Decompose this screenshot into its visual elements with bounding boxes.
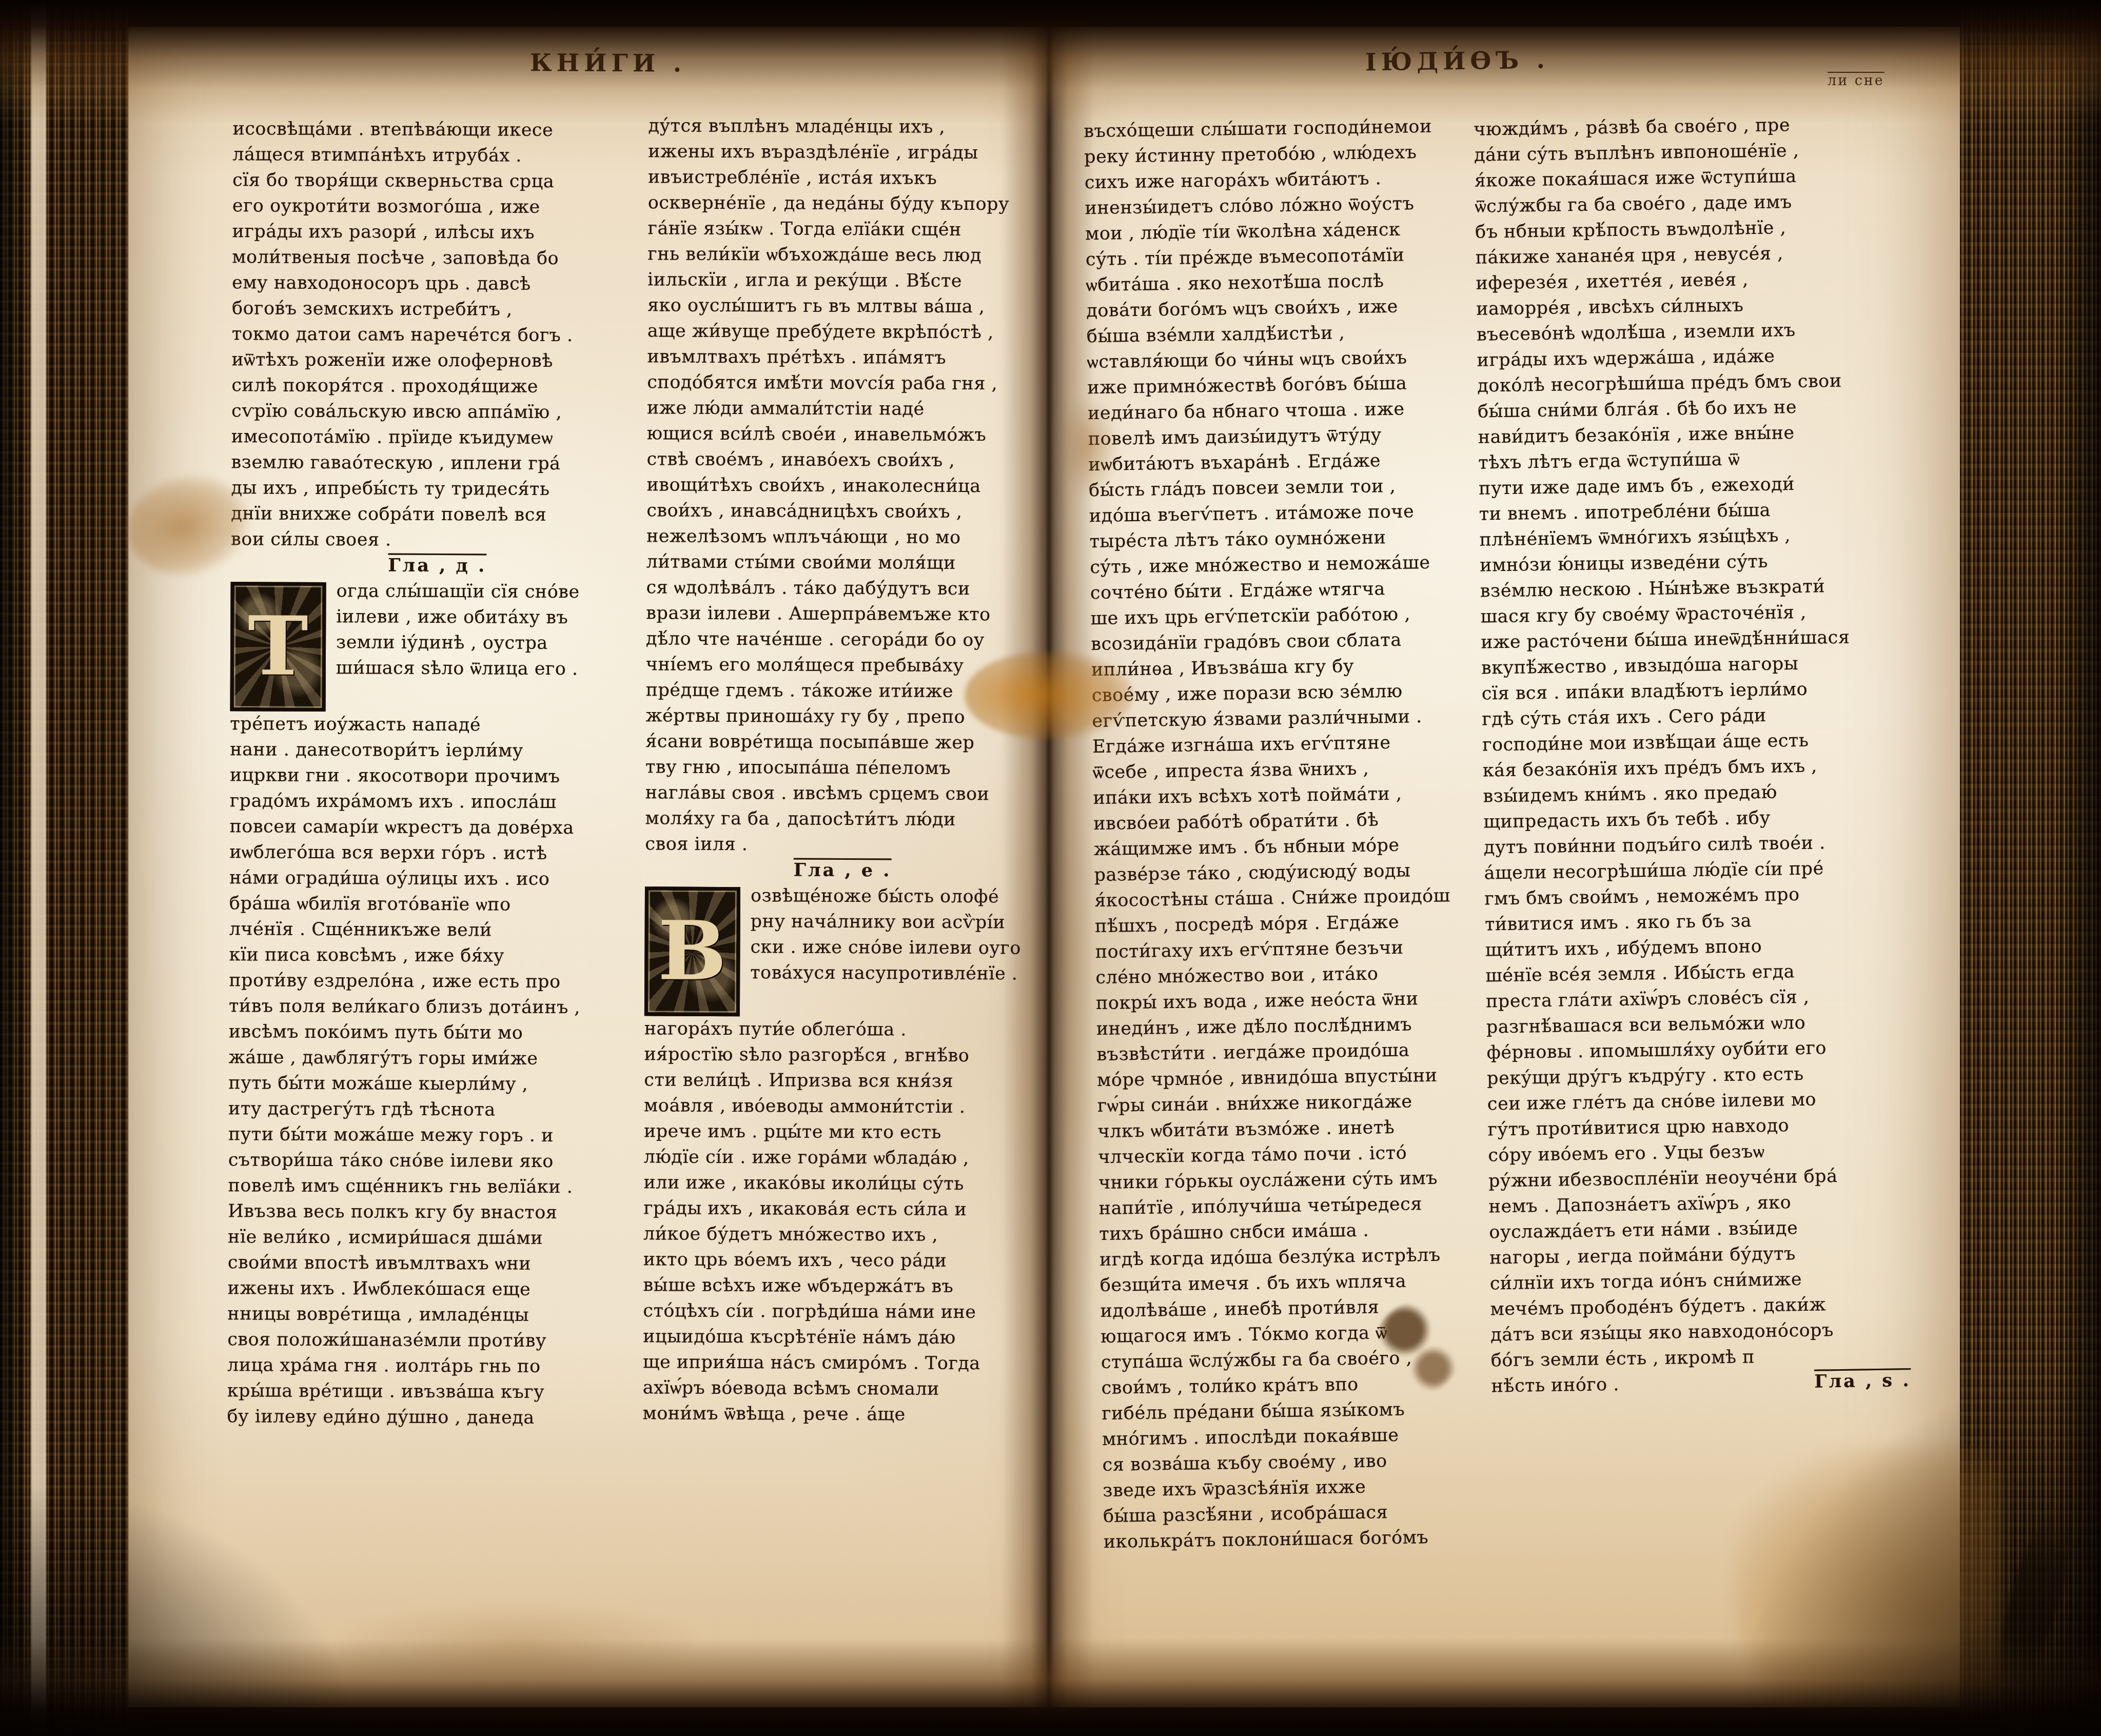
chapter-first-lines: озвѣще́ноже бы́сть олофе́рну нача́лнику … [750, 883, 1021, 1017]
text-line: вы́ше всѣхъ иже ѡбъдержа́тъ въ [643, 1272, 1038, 1299]
ornamental-initial-Т: Т [230, 582, 326, 712]
chapter-heading: Гла , д . [231, 552, 644, 580]
text-line: ющися вси́лѣ свое́и , инавельмо́жъ [647, 421, 1042, 448]
fore-edge-right [1958, 0, 2101, 1736]
chapter-opening: Тогда слы́шащїи сїя сно́веіилеви , иже о… [230, 578, 644, 713]
text-line: его оукроти́ти возмого́ша , иже [232, 193, 645, 221]
text-line: ли́твами сты́ми свои́ми моля́щи [646, 549, 1042, 576]
text-line: пре́дще гдемъ . та́коже ити́иже [646, 677, 1041, 704]
text-column-1: исосвѣща́ми . втепѣва́ющи икесела́щеся в… [227, 116, 645, 1431]
text-line: моли́твеныя посѣче , заповѣда бо [232, 244, 645, 272]
text-line: оскверне́нїе , да неда́ны бу́ду къпору [648, 190, 1043, 217]
text-line: су́ть , иже мно́жество и неможа́ше [1090, 549, 1474, 580]
text-line: инензы́идетъ сло́во ло́жно ѿоу́стъ [1085, 190, 1469, 221]
text-line: сѵрїю сова́льскую ивсю аппа́мїю , [231, 398, 644, 426]
text-line: на́ми огради́ша оу́лицы ихъ . исо [229, 865, 642, 893]
text-column-4: чюжди́мъ , ра́звѣ ба свое́го , преда́ни … [1474, 111, 1911, 1399]
text-line: силѣ покоря́тся . проходя́щиже [231, 372, 644, 400]
text-line: ли́кое бу́детъ мно́жество ихъ , [643, 1221, 1038, 1248]
text-line: врази іилеви . Ашерпра́вемъже кто [646, 600, 1041, 627]
text-line: аще жи́вуще пребу́дете вкрѣпо́стѣ , [647, 318, 1043, 345]
text-line: чники го́рькы оусла́жени су́ть имъ [1098, 1165, 1483, 1196]
text-line: пути бы́ти можа́ше межу горъ . и [228, 1121, 641, 1149]
initial-letter: Т [234, 585, 323, 708]
text-line: ду́тся въплѣнъ младе́нцы ихъ , [648, 113, 1043, 140]
text-line: исосвѣща́ми . втепѣва́ющи икесе [232, 116, 645, 144]
text-column-3: въсхо́щеши слы́шати господи́немоиреку и́… [1084, 113, 1487, 1555]
text-line: иколькра́тъ поклони́шася бого́мъ [1103, 1524, 1487, 1555]
text-line: ицркви гни . якосотвори прочимъ [230, 762, 643, 790]
text-line: ствѣ свое́мъ , инаво́ехъ свои́хъ , [647, 446, 1042, 474]
text-line: га́нїе язы́кѡ . Тогда елїа́ки сще́н [647, 215, 1043, 243]
text-line: нѣ́сть ино́го . [1491, 1372, 1619, 1399]
text-line: иѡблего́ша вся верхи го́ръ . истѣ [229, 839, 642, 867]
text-line: сти вели́цѣ . Ипризва вся кня́зя [644, 1067, 1039, 1094]
text-line: иже лю́ди аммали́тстіи наде́ [647, 395, 1042, 422]
text-line: ла́щеся втимпа́нѣхъ итруба́х . [232, 142, 645, 169]
book-photo: КНИ́ГИ . ІЮ́ДИ́ѲЪ . ли сне исосвѣща́ми .… [0, 0, 2101, 1736]
text-line: ды ихъ , ипребы́сть ту тридеся́ть [231, 475, 644, 503]
text-line: жа́ше , даѡблягу́тъ горы ими́же [228, 1044, 641, 1072]
running-head-left: КНИ́ГИ . [480, 49, 736, 78]
text-line: ивъмлтвахъ пре́тѣхъ . ипа́мятъ [647, 344, 1042, 371]
chapter-opening: Возвѣще́ноже бы́сть олофе́рну нача́лнику… [644, 882, 1040, 1017]
text-line: гра́ды ихъ , икакова́я есть си́ла и [643, 1195, 1038, 1222]
text-line: тре́петъ иоу́жасть нападе́ [230, 711, 643, 739]
text-line: Ивъзва весь полкъ кгу бу внастоя [228, 1198, 641, 1226]
text-line: бра́ша ѡбилїя вгото́ванїе ѡпо [229, 891, 642, 918]
text-line: сътвори́ша та́ко сно́ве іилеви яко [228, 1147, 641, 1175]
text-line: свои́ми впостѣ ивъмлтвахъ ѡни [228, 1250, 641, 1277]
text-line: кїи писа ковсѣмъ , иже бя́ху [229, 942, 642, 970]
text-line: егѵ́петскую я́звами разли́чными . [1092, 703, 1476, 734]
text-line: лче́нїя . Сще́нникъже вели́ [229, 916, 642, 944]
text-line: ему навходоносоръ црь . давсѣ [232, 270, 645, 298]
text-line: озвѣще́ноже бы́сть олофе́ [751, 883, 1022, 910]
chapter-heading: Гла , е . [645, 857, 1040, 884]
text-line: рну нача́лнику вои асѷрі́и [751, 909, 1022, 935]
text-line: іилеви , иже обита́ху въ [336, 604, 579, 630]
text-line: иѿтѣхъ роженїи иже олоферновѣ [231, 347, 644, 374]
text-line: ивсѣмъ поко́имъ путь бы́ти мо [229, 1019, 642, 1047]
text-line: нежелѣзомъ ѡплъча́ющи , но мо [646, 523, 1042, 550]
text-line: ия́ростїю ѕѣло разгорѣ́ся , вгнѣ́во [644, 1041, 1039, 1069]
text-line: повелѣ имъ сще́нникъ гнь велїа́ки . [228, 1173, 641, 1200]
ornamental-initial-В: В [644, 886, 740, 1016]
text-line: това́хуся насупротивле́нїе . [750, 960, 1021, 987]
text-line: ски . иже сно́ве іилеви оуго [750, 934, 1021, 961]
text-line: иту дастрегу́тъ гдѣ тѣснота [228, 1096, 641, 1123]
text-line: земли іу́динѣ , оустра [336, 629, 579, 656]
chapter-first-lines: огда слы́шащїи сїя сно́веіилеви , иже об… [336, 578, 580, 713]
text-line: проти́ву ездрело́на , иже есть про [229, 968, 642, 995]
text-line: нїе вели́ко , исмири́шася дша́ми [228, 1224, 641, 1252]
folio-mark: ли сне [1828, 73, 1884, 89]
text-line: токмо датои самъ нарече́тся богъ . [232, 321, 645, 349]
text-line: моа́вля , иво́еводы аммони́тстіи . [644, 1093, 1039, 1120]
text-line: лица хра́ма гня . иолта́рь гнь по [227, 1352, 640, 1380]
text-line: реку и́стинну претобо́ю , ѡлю́дехъ [1084, 139, 1468, 170]
text-line: дѣ́ло чте наче́нше . сегора́ди бо оу [646, 626, 1041, 653]
text-line: повсеи самарі́и ѡкрестъ да дове́рха [229, 814, 642, 841]
text-line: или иже , икако́вы иколи́цы су́ть [643, 1170, 1038, 1197]
text-line: ся ѡдолѣва́лъ . та́ко дабу́дутъ вси [646, 575, 1041, 602]
text-line: сто́цѣхъ сі́и . погрѣди́ша на́ми ине [643, 1298, 1038, 1325]
text-line: мони́мъ ѿвѣща , рече . а́ще [642, 1400, 1037, 1428]
text-line: градо́мъ ихра́момъ ихъ . ипосла́ш [230, 788, 643, 816]
text-line: нани . данесотвори́тъ іерли́му [230, 737, 643, 764]
initial-letter: В [648, 890, 737, 1013]
text-line: ивощи́тѣхъ свои́хъ , инаколесни́ца [646, 472, 1042, 499]
text-line: вои си́лы своея . [231, 526, 644, 554]
text-line: ще иприя́ша на́съ смиро́мъ . Тогда [643, 1349, 1038, 1376]
text-line: своя іиля . [645, 831, 1040, 858]
text-line: нагора́хъ пути́е облего́ша . [644, 1016, 1039, 1043]
text-line: ижены ихъ въраздѣле́нїе , игра́ды [648, 139, 1043, 166]
text-line: имесопота́мїю . прїиде къидумеѡ [231, 424, 644, 451]
text-line: огда слы́шащїи сїя сно́ве [336, 578, 579, 605]
text-line: ши́шася ѕѣло ѿлица его . [336, 655, 579, 682]
text-line: іильскїи , игла и реку́щи . Вѣ́сте [647, 267, 1043, 294]
next-chapter-heading: Гла , ѕ . [1814, 1368, 1911, 1395]
text-line: ирече имъ . рцы́те ми кто есть [644, 1118, 1039, 1146]
text-line: ахїѡ́ръ во́евода всѣмъ сномали [643, 1375, 1038, 1402]
text-line: своя положи́шаназе́мли проти́ву [227, 1327, 640, 1354]
text-line: сподо́бятся имѣ́ти моѵсі́я раба гня , [647, 369, 1042, 397]
running-head-right: ІЮ́ДИ́ѲЪ . [1313, 45, 1601, 77]
text-line: игра́ды ихъ разори́ , илѣсы ихъ [232, 219, 645, 246]
text-line: гнь вели́кїи ѡбъхожда́ше весь люд [647, 241, 1043, 268]
fore-edge-left [0, 0, 129, 1736]
text-line: игдѣ когда идо́ша безлу́ка истрѣлъ [1099, 1242, 1484, 1273]
text-line: мо́ре чрмно́е , ивнидо́ша впусты́ни [1097, 1062, 1481, 1093]
text-line: яко оуслы́шитъ гь въ млтвы ва́ша , [647, 292, 1043, 320]
text-line: лю́дїе сі́и . иже гора́ми ѡблада́ю , [644, 1144, 1039, 1171]
text-line: чні́емъ его моля́щеся пребыва́ху [646, 652, 1041, 679]
text-line: икто црь во́емъ ихъ , чесо ра́ди [643, 1247, 1038, 1274]
text-line: ти́въ поля вели́каго близъ дота́инъ , [229, 993, 642, 1021]
text-line: сїя бо творя́щи скверньства срца [232, 167, 645, 195]
text-line: вземлю гавао́тескую , иплени гра́ [231, 449, 644, 477]
text-line: моля́ху га ба , дапосѣти́тъ лю́ди [645, 805, 1040, 833]
text-line: богов́ъ земскихъ истреби́тъ , [232, 295, 645, 323]
text-line: нницы вовре́тища , имладе́нцы [227, 1301, 640, 1329]
text-line: я́сани вовре́тища посыпа́вше жер [645, 728, 1040, 756]
text-line: тву гню , ипосыпа́ша пе́пеломъ [645, 754, 1040, 781]
text-line: свои́хъ , инавса́дницѣхъ свои́хъ , [646, 498, 1042, 525]
text-column-2: ду́тся въплѣнъ младе́нцы ихъ ,ижены ихъ … [642, 113, 1043, 1428]
text-line: днїи внихже собра́ти повелѣ вся [231, 501, 644, 528]
text-line: ивъистребле́нїе , иста́я ихъкъ [648, 164, 1043, 191]
text-line: путь бы́ти можа́ше кыерли́му , [228, 1070, 641, 1098]
text-line: кры́ша вре́тищи . ивъзва́ша къгу [227, 1378, 640, 1406]
text-line: я́косостѣны ста́ша . Сни́же проидо́ш [1094, 883, 1479, 914]
text-line: ижены ихъ . Иѡблеко́шася еще [228, 1275, 641, 1303]
text-line: же́ртвы приноша́ху гу бу , препо [645, 703, 1040, 730]
text-line: бу іилеву еди́но ду́шно , данеда [227, 1404, 640, 1431]
text-line: нагла́вы своя . ивсѣмъ срцемъ свои [645, 780, 1040, 807]
text-line: ицыидо́ша късрѣте́нїе на́мъ да́ю [643, 1324, 1038, 1351]
